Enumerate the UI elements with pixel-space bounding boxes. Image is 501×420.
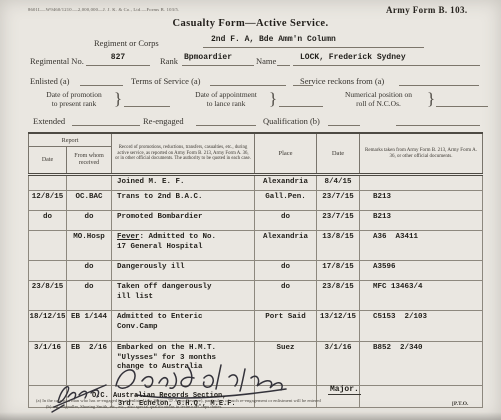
blank-rule bbox=[399, 85, 479, 86]
table-row: doDangerously illdo17/8/15A3596 bbox=[29, 261, 483, 281]
col-header-from-whom: From whom received bbox=[67, 147, 112, 175]
cell-date-2: 8/4/15 bbox=[317, 175, 360, 191]
table-row: dodoPromoted Bombardierdo23/7/15B213 bbox=[29, 211, 483, 231]
cell-date-2: 23/7/15 bbox=[317, 211, 360, 231]
cell-date-2: 23/7/15 bbox=[317, 191, 360, 211]
cell-place: do bbox=[255, 281, 317, 311]
blank-rule bbox=[396, 125, 480, 126]
col-header-place: Place bbox=[255, 133, 317, 175]
regiment-label: Regiment or Corps bbox=[94, 38, 159, 48]
extended-label: Extended bbox=[33, 116, 65, 126]
promotion-label-line2: to present rank bbox=[33, 100, 115, 109]
regimental-no-value: 827 bbox=[86, 51, 150, 66]
cell-place: do bbox=[255, 261, 317, 281]
cell-place: do bbox=[255, 211, 317, 231]
cell-remarks: MFC 13463/4 bbox=[360, 281, 483, 311]
blank-rule bbox=[436, 106, 488, 107]
record-text: Fever bbox=[117, 233, 140, 241]
cell-date-2: 23/8/15 bbox=[317, 281, 360, 311]
cell-from-whom: MO.Hosp bbox=[67, 231, 112, 261]
cell-date: 12/8/15 bbox=[29, 191, 67, 211]
rank-label: Rank bbox=[160, 56, 178, 66]
form-number: Army Form B. 103. bbox=[386, 5, 468, 15]
cell-remarks bbox=[360, 175, 483, 191]
blank-rule bbox=[80, 85, 123, 86]
cell-date-2: 3/1/16 bbox=[317, 342, 360, 386]
cell-remarks: B213 bbox=[360, 211, 483, 231]
cell-place: Port Said bbox=[255, 311, 317, 342]
appointment-label-line2: to lance rank bbox=[181, 100, 271, 109]
col-header-date-2: Date bbox=[317, 133, 360, 175]
table-row: Joined M. E. F.Alexandria8/4/15 bbox=[29, 175, 483, 191]
cell-record: Fever: Admitted to No. 17 General Hospit… bbox=[112, 231, 255, 261]
cell-date bbox=[29, 261, 67, 281]
page-title: Casualty Form—Active Service. bbox=[0, 18, 501, 29]
cell-place: Gall.Pen. bbox=[255, 191, 317, 211]
cell-record: Admitted to Enteric Conv.Camp bbox=[112, 311, 255, 342]
pto-note: [P.T.O. bbox=[452, 401, 468, 407]
cell-record: Taken off dangerously ill list bbox=[112, 281, 255, 311]
cell-place: Alexandria bbox=[255, 175, 317, 191]
blank-rule bbox=[279, 106, 323, 107]
col-header-remarks: Remarks taken from Army Form B. 213, Arm… bbox=[360, 133, 483, 175]
cell-record: Promoted Bombardier bbox=[112, 211, 255, 231]
blank-rule bbox=[466, 65, 480, 66]
blank-rule bbox=[124, 106, 170, 107]
col-header-record: Record of promotions, reductions, transf… bbox=[112, 133, 255, 175]
name-label: Name bbox=[256, 56, 276, 66]
numerical-label-line2: roll of N.C.Os. bbox=[330, 100, 427, 109]
record-text: Dangerously ill bbox=[117, 263, 185, 271]
cell-date bbox=[29, 175, 67, 191]
terms-of-service-label: Terms of Service (a) bbox=[131, 76, 201, 86]
appointment-label: Date of appointment to lance rank bbox=[181, 91, 271, 108]
enlisted-label: Enlisted (a) bbox=[30, 76, 69, 86]
record-text: Promoted Bombardier bbox=[117, 213, 203, 221]
brace: } bbox=[114, 90, 122, 107]
cell-remarks: C5153 2/103 bbox=[360, 311, 483, 342]
cell-date-2: 13/8/15 bbox=[317, 231, 360, 261]
table-row: 12/8/15OC.BACTrans to 2nd B.A.C.Gall.Pen… bbox=[29, 191, 483, 211]
cell-from-whom: do bbox=[67, 281, 112, 311]
cell-remarks: B213 bbox=[360, 191, 483, 211]
cell-from-whom: OC.BAC bbox=[67, 191, 112, 211]
cell-from-whom: do bbox=[67, 261, 112, 281]
cell-date: 23/8/15 bbox=[29, 281, 67, 311]
cell-remarks: A3596 bbox=[360, 261, 483, 281]
service-reckons-label: Service reckons from (a) bbox=[300, 76, 384, 86]
cell-date bbox=[29, 231, 67, 261]
cell-date: do bbox=[29, 211, 67, 231]
promotion-label: Date of promotion to present rank bbox=[33, 91, 115, 108]
cell-place: Alexandria bbox=[255, 231, 317, 261]
table-row: 18/12/15EB 1/144Admitted to Enteric Conv… bbox=[29, 311, 483, 342]
rank-value: Bpmoardier bbox=[182, 51, 254, 66]
cell-date-2: 17/8/15 bbox=[317, 261, 360, 281]
regiment-value: 2nd F. A, Bde Amm'n Column bbox=[203, 33, 409, 48]
cell-record: Dangerously ill bbox=[112, 261, 255, 281]
cell-record: Joined M. E. F. bbox=[112, 175, 255, 191]
cell-from-whom bbox=[67, 175, 112, 191]
printer-imprint: 8601L—W9460/1210.—2,000,000—J. J. K. & C… bbox=[28, 7, 179, 12]
cell-from-whom: do bbox=[67, 211, 112, 231]
cell-date: 18/12/15 bbox=[29, 311, 67, 342]
reengaged-label: Re-engaged bbox=[143, 116, 184, 126]
blank-rule bbox=[72, 125, 140, 126]
name-value: LOCK, Frederick Sydney bbox=[293, 51, 470, 66]
casualty-form-document: 8601L—W9460/1210.—2,000,000—J. J. K. & C… bbox=[0, 0, 501, 420]
footnote-b: (b) e.g., Signaller, Shoeing Smith, etc.… bbox=[46, 404, 223, 409]
table-row: 23/8/15doTaken off dangerously ill listd… bbox=[29, 281, 483, 311]
qualification-label: Qualification (b) bbox=[263, 116, 320, 126]
regimental-no-label: Regimental No. bbox=[30, 56, 84, 66]
cell-date-2: 13/12/15 bbox=[317, 311, 360, 342]
record-text: Admitted to Enteric Conv.Camp bbox=[117, 313, 203, 331]
record-text: Joined M. E. F. bbox=[117, 178, 185, 186]
blank-rule bbox=[277, 65, 290, 66]
footnote-a: (a) In the case of a man who has re-enga… bbox=[36, 398, 321, 403]
numerical-position-label: Numerical position on roll of N.C.Os. bbox=[330, 91, 427, 108]
brace: } bbox=[269, 90, 277, 107]
table-row: MO.HospFever: Admitted to No. 17 General… bbox=[29, 231, 483, 261]
cell-remarks: B852 2/340 bbox=[360, 342, 483, 386]
blank-rule bbox=[328, 125, 360, 126]
brace: } bbox=[427, 90, 435, 107]
cell-remarks: A36 A3411 bbox=[360, 231, 483, 261]
col-header-report: Report bbox=[29, 133, 112, 147]
cell-from-whom: EB 1/144 bbox=[67, 311, 112, 342]
record-text: Taken off dangerously ill list bbox=[117, 283, 212, 301]
blank-rule bbox=[408, 47, 424, 48]
record-text: Trans to 2nd B.A.C. bbox=[117, 193, 203, 201]
col-header-date: Date bbox=[29, 147, 67, 175]
signature-rank: Major. bbox=[328, 385, 361, 395]
blank-rule bbox=[210, 85, 286, 86]
blank-rule bbox=[196, 125, 256, 126]
cell-record: Trans to 2nd B.A.C. bbox=[112, 191, 255, 211]
